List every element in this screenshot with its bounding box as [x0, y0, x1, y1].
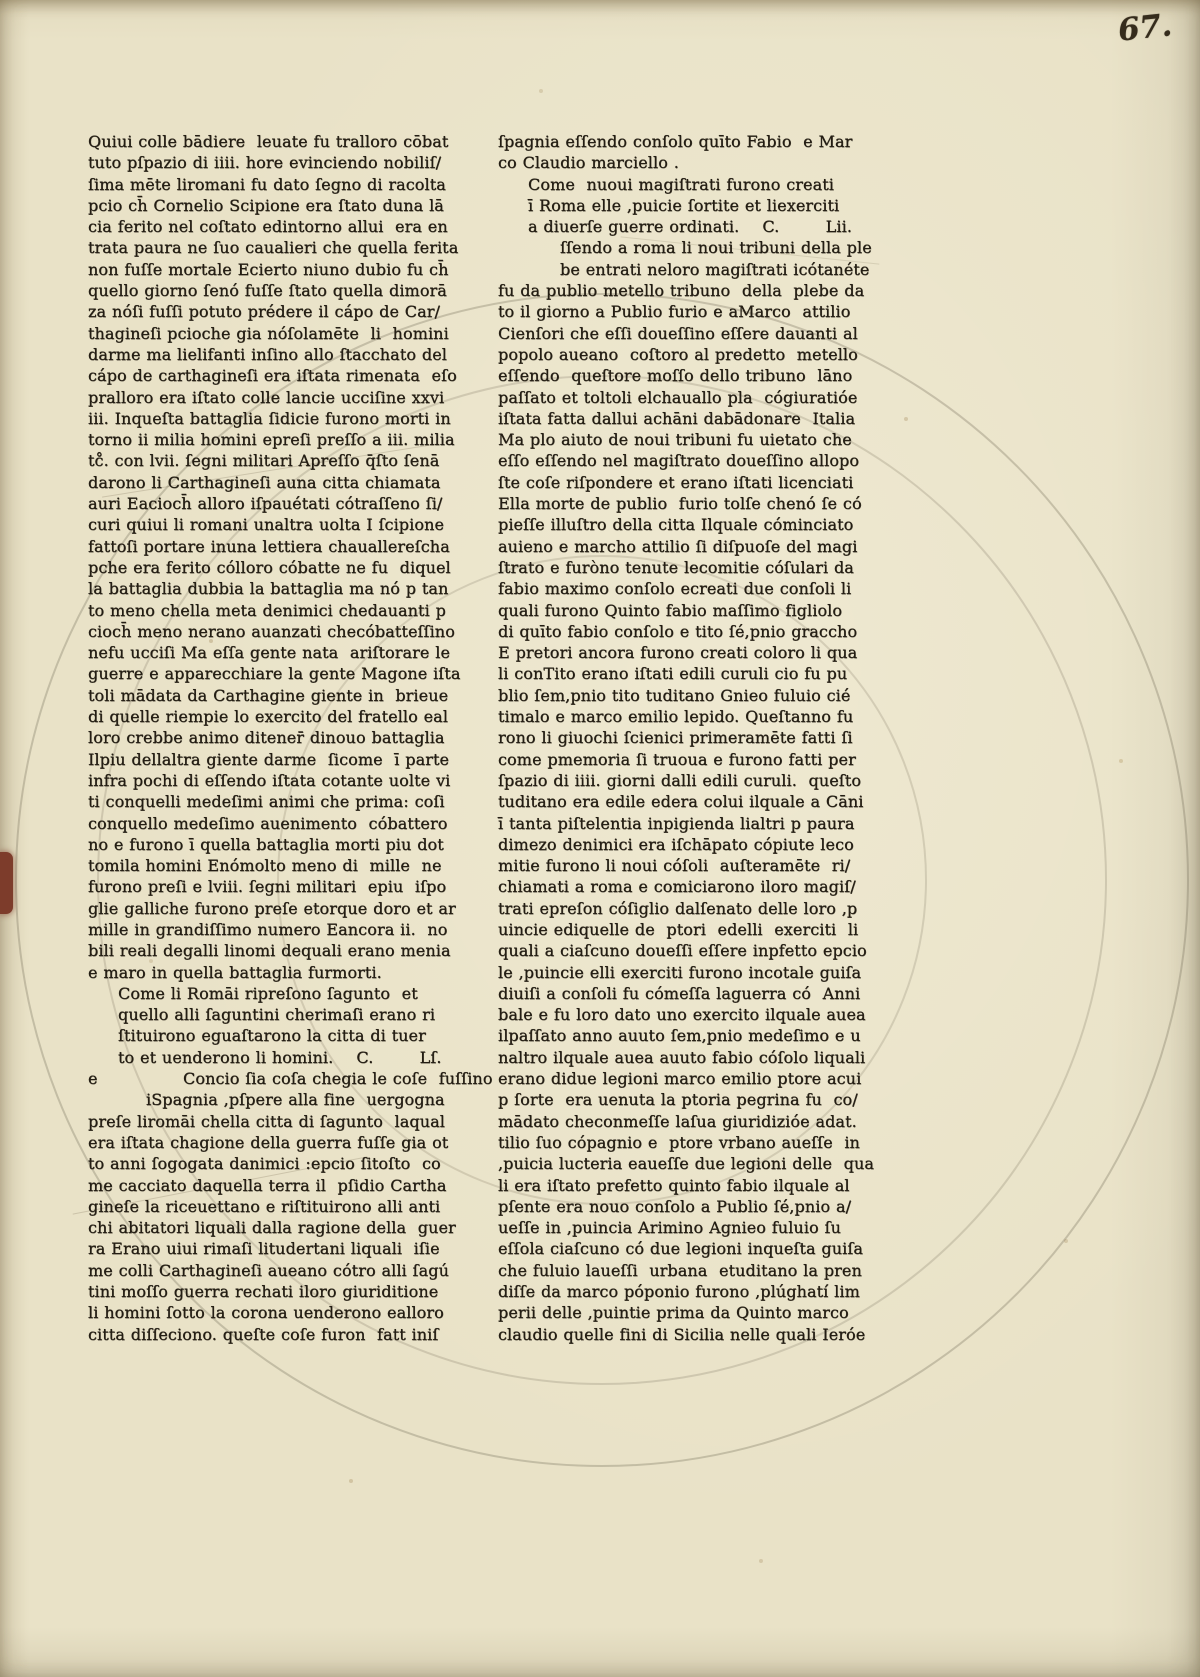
text-line: darme ma lielifanti inſino allo ſtacchat…	[88, 344, 460, 365]
text-line-content: curi quiui li romani unaltra uolta I ſci…	[88, 515, 444, 534]
text-line-content: ī Roma elle ,puicie ſortite et liexercit…	[528, 196, 839, 215]
text-line-content: ilpaſſato anno auuto ſem,pnio medeſimo e…	[498, 1026, 861, 1045]
text-line: che fuluio laueſſi urbana etuditano la p…	[498, 1260, 870, 1281]
text-line: no e furono ī quella battaglia morti piu…	[88, 834, 460, 855]
text-line: loro crebbe animo ditener̄ dinouo battag…	[88, 727, 460, 748]
text-line-content: Ma plo aiuto de noui tribuni fu uietato …	[498, 430, 852, 449]
text-line-content: bili reali degalli linomi dequali erano …	[88, 941, 451, 960]
text-line: ueſſe in ,puincia Arimino Agnieo fuluio …	[498, 1217, 870, 1238]
text-line-content: to anni ſogogata danimici :epcio ſitoſto…	[88, 1154, 441, 1173]
text-line: timalo e marco emilio lepido. Queſtanno …	[498, 706, 870, 727]
text-line-content: quali a ciaſcuno doueſſi eſſere inpfetto…	[498, 941, 867, 960]
text-line-content: che fuluio laueſſi urbana etuditano la p…	[498, 1261, 862, 1280]
text-line: curi quiui li romani unaltra uolta I ſci…	[88, 514, 460, 535]
text-line-content: trata paura ne ſuo caualieri che quella …	[88, 238, 458, 257]
text-line-content: ti conquelli medeſimi animi che prima: c…	[88, 792, 445, 811]
text-line-content: to et uenderono li homini. C. Lſ.	[118, 1048, 442, 1067]
text-line-content: fabio maximo conſolo ecreati due conſoli…	[498, 579, 851, 598]
paper-specks	[0, 0, 2, 2]
text-line: Come li Romāi ripreſono ſagunto et	[88, 983, 460, 1004]
text-line-content: preſe liromāi chella citta di ſagunto la…	[88, 1112, 445, 1131]
text-line: chiamati a roma e comiciarono iloro magi…	[498, 876, 870, 897]
text-line: to meno chella meta denimici chedauanti …	[88, 600, 460, 621]
text-line: mille in grandiſſimo numero Eancora ii. …	[88, 919, 460, 940]
text-line: conquello medeſimo auenimento cóbattero	[88, 813, 460, 834]
text-line: auri Eacioch̄ alloro iſpauétati cótraſſe…	[88, 493, 460, 514]
text-line: di quīto fabio conſolo e tito ſé,pnio gr…	[498, 621, 870, 642]
text-line: fu da publio metello tribuno della plebe…	[498, 280, 870, 301]
text-line-content: chiamati a roma e comiciarono iloro magi…	[498, 877, 856, 896]
text-line: trata paura ne ſuo caualieri che quella …	[88, 237, 460, 258]
text-line: diuiſi a conſoli fu cómeſſa laguerra có …	[498, 983, 870, 1004]
text-line-content: e maro in quella battaglia furmorti.	[88, 963, 382, 982]
text-line: erano didue legioni marco emilio ptore a…	[498, 1068, 870, 1089]
text-line-content: pralloro era iſtato colle lancie ucciſin…	[88, 388, 444, 407]
text-line: li conTito erano iſtati edili curuli cio…	[498, 663, 870, 684]
text-line: bale e fu loro dato uno exercito ilquale…	[498, 1004, 870, 1025]
text-line-content: ſpagnia eſſendo conſolo quīto Fabio e Ma…	[498, 132, 852, 151]
text-line-content: ī tanta piſtelentia inpigienda lialtri p…	[498, 814, 855, 833]
text-line: toli mādata da Carthagine giente in brie…	[88, 685, 460, 706]
text-line: a diuerſe guerre ordinati. C. Lii.	[498, 216, 870, 237]
text-line: cia ferito nel coſtato edintorno allui e…	[88, 216, 460, 237]
text-line-content: furono preſi e lviii. ſegni militari epi…	[88, 877, 446, 896]
text-line-content: mitie furono li noui cóſoli auſteramēte …	[498, 856, 850, 875]
text-line: li homini ſotto la corona uenderono eall…	[88, 1302, 460, 1323]
text-line: infra pochi di eſſendo iſtata cotante uo…	[88, 770, 460, 791]
text-line: pcio ch̄ Cornelio Scipione era ſtato dun…	[88, 195, 460, 216]
text-line-content: to meno chella meta denimici chedauanti …	[88, 601, 446, 620]
text-line: ra Erano uiui rimaſi litudertani liquali…	[88, 1238, 460, 1259]
text-line-content: quello giorno ſenó fuſſe ſtato quella di…	[88, 281, 447, 300]
text-line-content: tuto pſpazio di iiii. hore evinciendo no…	[88, 153, 441, 172]
text-line-content: me colli Carthagineſi aueano cótro alli …	[88, 1261, 449, 1280]
text-line-content: gineſe la riceuettano e riſtituirono all…	[88, 1197, 440, 1216]
text-line: Come nuoui magiſtrati furono creati	[498, 174, 870, 195]
text-line: trati epreſon cóſiglio dalſenato delle l…	[498, 898, 870, 919]
text-line-content: pche era ferito cólloro cóbatte ne fu di…	[88, 558, 451, 577]
text-line-content: pieſſe illuſtro della citta Ilquale cómi…	[498, 515, 853, 534]
text-line-content: Concio ſia coſa chegia le coſe fuſſino	[183, 1069, 493, 1088]
text-line-content: le ,puincie elli exerciti furono incotal…	[498, 963, 861, 982]
text-line-content: eſſola ciaſcuno có due legioni inqueſta …	[498, 1239, 863, 1258]
text-line-content: ſtrato e furòno tenute lecomitie cóſular…	[498, 558, 854, 577]
text-line: Quiui colle bādiere leuate fu tralloro c…	[88, 131, 460, 152]
incunabulum-page: 67. Quiui colle bādiere leuate fu trallo…	[0, 0, 1200, 1677]
text-line: mādato checonmeſſe laſua giuridizióe ada…	[498, 1111, 870, 1132]
text-line: rono li giuochi ſcienici primeramēte fat…	[498, 727, 870, 748]
text-line-content: glie galliche furono preſe etorque doro …	[88, 899, 456, 918]
text-line: la battaglia dubbia la battaglia ma nó p…	[88, 578, 460, 599]
text-line: Cienſori che eſſi doueſſino eſſere dauan…	[498, 323, 870, 344]
text-line: auieno e marcho attilio ſi diſpuoſe del …	[498, 536, 870, 557]
text-line: quali furono Quinto fabio maſſimo figlio…	[498, 600, 870, 621]
text-line: tini moſſo guerra rechati iloro giuridit…	[88, 1281, 460, 1302]
text-line-content: conquello medeſimo auenimento cóbattero	[88, 814, 447, 833]
text-line: me cacciato daquella terra il pſidio Car…	[88, 1175, 460, 1196]
text-line-content: quali furono Quinto fabio maſſimo figlio…	[498, 601, 842, 620]
text-line-content: tini moſſo guerra rechati iloro giuridit…	[88, 1282, 438, 1301]
text-line-content: diſſe da marco póponio furono ,plúghatí …	[498, 1282, 860, 1301]
text-line: li era iſtato prefetto quinto fabio ilqu…	[498, 1175, 870, 1196]
text-line: di quelle riempie lo exercito del fratel…	[88, 706, 460, 727]
text-line-content: infra pochi di eſſendo iſtata cotante uo…	[88, 771, 450, 790]
text-line: ī tanta piſtelentia inpigienda lialtri p…	[498, 813, 870, 834]
text-line-content: loro crebbe animo ditener̄ dinouo battag…	[88, 728, 445, 747]
text-line-content: darme ma lielifanti inſino allo ſtacchat…	[88, 345, 447, 364]
text-line-content: tc̊. con lvii. ſegni militari Apreſſo q̄…	[88, 451, 439, 470]
text-line: E pretori ancora furono creati coloro li…	[498, 642, 870, 663]
text-line-content: cia ferito nel coſtato edintorno allui e…	[88, 217, 448, 236]
text-line-content: di quīto fabio conſolo e tito ſé,pnio gr…	[498, 622, 857, 641]
text-line-content: me cacciato daquella terra il pſidio Car…	[88, 1176, 447, 1195]
text-line-content: ſpazio di iiii. giorni dalli edili curul…	[498, 771, 861, 790]
text-line-content: cioch̄ meno nerano auanzati checóbatteſſ…	[88, 622, 455, 641]
text-line-content: toli mādata da Carthagine giente in brie…	[88, 686, 448, 705]
text-line-content: come pmemoria ſi truoua e furono fatti p…	[498, 750, 856, 769]
text-line-content: darono li Carthagineſi auna citta chiama…	[88, 473, 441, 492]
text-line-content: fu da publio metello tribuno della plebe…	[498, 281, 864, 300]
text-line-content: Quiui colle bādiere leuate fu tralloro c…	[88, 132, 448, 151]
text-line-content: Ella morte de publio furio tolſe chenó ſ…	[498, 494, 862, 513]
text-line-content: mādato checonmeſſe laſua giuridizióe ada…	[498, 1112, 857, 1131]
text-line: ſtrato e furòno tenute lecomitie cóſular…	[498, 557, 870, 578]
text-line: ſpagnia eſſendo conſolo quīto Fabio e Ma…	[498, 131, 870, 152]
text-line: quali a ciaſcuno doueſſi eſſere inpfetto…	[498, 940, 870, 961]
text-line: tilio ſuo cópagnio e ptore vrbano aueſſe…	[498, 1132, 870, 1153]
text-line-content: Cienſori che eſſi doueſſino eſſere dauan…	[498, 324, 858, 343]
text-line: era iſtata chagione della guerra fuſſe g…	[88, 1132, 460, 1153]
folio-number: 67.	[1116, 7, 1173, 48]
text-line-content: popolo aueano coſtoro al predetto metell…	[498, 345, 858, 364]
text-line-content: trati epreſon cóſiglio dalſenato delle l…	[498, 899, 857, 918]
text-line: be entrati neloro magiſtrati icótanéte	[498, 259, 870, 280]
text-line-content: li era iſtato prefetto quinto fabio ilqu…	[498, 1176, 850, 1195]
text-line: e maro in quella battaglia furmorti.	[88, 962, 460, 983]
text-line: ſſendo a roma li noui tribuni della ple	[498, 237, 870, 258]
text-line: gineſe la riceuettano e riſtituirono all…	[88, 1196, 460, 1217]
text-line: co Claudio marciello .	[498, 152, 870, 173]
text-line-content: p ſorte era uenuta la ptoria pegrina fu …	[498, 1090, 858, 1109]
text-line-content: Come li Romāi ripreſono ſagunto et	[118, 984, 418, 1003]
text-line-content: perii delle ,puintie prima da Quinto mar…	[498, 1303, 849, 1322]
text-line-content: diuiſi a conſoli fu cómeſſa laguerra có …	[498, 984, 860, 1003]
text-line: glie galliche furono preſe etorque doro …	[88, 898, 460, 919]
text-line-content: tilio ſuo cópagnio e ptore vrbano aueſſe…	[498, 1133, 860, 1152]
text-line: paſſato et toltoli elchauallo pla cógiur…	[498, 387, 870, 408]
text-line: fattoſi portare inuna lettiera chaualler…	[88, 536, 460, 557]
text-line-content: auieno e marcho attilio ſi diſpuoſe del …	[498, 537, 857, 556]
text-line: ti conquelli medeſimi animi che prima: c…	[88, 791, 460, 812]
text-line: to il giorno a Publio furio e aMarco att…	[498, 301, 870, 322]
text-line: cioch̄ meno nerano auanzati checóbatteſſ…	[88, 621, 460, 642]
text-line-content: a diuerſe guerre ordinati. C. Lii.	[528, 217, 852, 236]
text-line: guerre e apparecchiare la gente Magone i…	[88, 663, 460, 684]
text-line: pieſſe illuſtro della citta Ilquale cómi…	[498, 514, 870, 535]
text-line: tc̊. con lvii. ſegni militari Apreſſo q̄…	[88, 450, 460, 471]
text-line-content: citta diſſeciono. queſte coſe furon fatt…	[88, 1325, 438, 1344]
text-line: iSpagnia ,pſpere alla fine uergogna	[88, 1089, 460, 1110]
text-line-content: Come nuoui magiſtrati furono creati	[528, 175, 834, 194]
text-line: fabio maximo conſolo ecreati due conſoli…	[498, 578, 870, 599]
text-line: cápo de carthagineſi era iſtata rimenata…	[88, 365, 460, 386]
text-line-content: ſſendo a roma li noui tribuni della ple	[560, 238, 872, 257]
text-line-content: naltro ilquale auea auuto fabio cóſolo l…	[498, 1048, 865, 1067]
text-line: Ilpiu dellaltra giente darme ſicome ī pa…	[88, 749, 460, 770]
text-line: me colli Carthagineſi aueano cótro alli …	[88, 1260, 460, 1281]
text-line-content: bale e fu loro dato uno exercito ilquale…	[498, 1005, 866, 1024]
text-line: tuditano era edile edera colui ilquale a…	[498, 791, 870, 812]
text-line-content: li homini ſotto la corona uenderono eall…	[88, 1303, 444, 1322]
text-line: quello giorno ſenó fuſſe ſtato quella di…	[88, 280, 460, 301]
text-line-content: di quelle riempie lo exercito del fratel…	[88, 707, 448, 726]
text-line-content: guerre e apparecchiare la gente Magone i…	[88, 664, 461, 683]
text-line: to et uenderono li homini. C. Lſ.	[88, 1047, 460, 1068]
text-line-content: paſſato et toltoli elchauallo pla cógiur…	[498, 388, 857, 407]
text-line: uincie ediquelle de ptori edelli exercit…	[498, 919, 870, 940]
text-line: pſente era nouo conſolo a Publio ſé,pnio…	[498, 1196, 870, 1217]
text-line-content: tomila homini Enómolto meno di mille ne	[88, 856, 442, 875]
text-line: ilpaſſato anno auuto ſem,pnio medeſimo e…	[498, 1025, 870, 1046]
text-line: blio ſem,pnio tito tuditano Gnieo fuluio…	[498, 685, 870, 706]
text-line: diſſe da marco póponio furono ,plúghatí …	[498, 1281, 870, 1302]
text-line-content: torno ii milia homini epreſi preſſo a ii…	[88, 430, 455, 449]
text-line: perii delle ,puintie prima da Quinto mar…	[498, 1302, 870, 1323]
text-line: darono li Carthagineſi auna citta chiama…	[88, 472, 460, 493]
text-line: eſſendo queſtore moſſo dello tribuno lān…	[498, 365, 870, 386]
text-line-content: co Claudio marciello .	[498, 153, 679, 172]
text-line: iii. Inqueſta battaglia ſidicie furono m…	[88, 408, 460, 429]
text-line-content: dimezo denimici era iſchāpato cópiute le…	[498, 835, 854, 854]
text-line-content: iſtata fatta dallui achāni dabādonare It…	[498, 409, 855, 428]
text-line-content: la battaglia dubbia la battaglia ma nó p…	[88, 579, 448, 598]
text-line: eſſola ciaſcuno có due legioni inqueſta …	[498, 1238, 870, 1259]
text-line-content: timalo e marco emilio lepido. Queſtanno …	[498, 707, 853, 726]
text-line: nefu ucciſi Ma eſſa gente nata ariſtorar…	[88, 642, 460, 663]
text-line: non fuſſe mortale Ecierto niuno dubio fu…	[88, 259, 460, 280]
text-line-content: non fuſſe mortale Ecierto niuno dubio fu…	[88, 260, 449, 279]
text-line: ſima mēte liromani fu dato ſegno di raco…	[88, 174, 460, 195]
text-line: ſte coſe riſpondere et erano iſtati lice…	[498, 472, 870, 493]
text-line: torno ii milia homini epreſi preſſo a ii…	[88, 429, 460, 450]
binding-edge-mark	[0, 852, 13, 914]
text-line: furono preſi e lviii. ſegni militari epi…	[88, 876, 460, 897]
text-line: dimezo denimici era iſchāpato cópiute le…	[498, 834, 870, 855]
text-line: ſpazio di iiii. giorni dalli edili curul…	[498, 770, 870, 791]
text-line: za nóſi fuſſi potuto prédere il cápo de …	[88, 301, 460, 322]
text-line: popolo aueano coſtoro al predetto metell…	[498, 344, 870, 365]
text-line-content: no e furono ī quella battaglia morti piu…	[88, 835, 444, 854]
text-line: iſtata fatta dallui achāni dabādonare It…	[498, 408, 870, 429]
text-line: Ma plo aiuto de noui tribuni fu uietato …	[498, 429, 870, 450]
guide-letter: e	[88, 1068, 98, 1089]
text-line: chi abitatori liquali dalla ragione dell…	[88, 1217, 460, 1238]
text-line-content: ,puicia lucteria eaueſſe due legioni del…	[498, 1154, 874, 1173]
text-line-content: E pretori ancora furono creati coloro li…	[498, 643, 857, 662]
text-line-content: ueſſe in ,puincia Arimino Agnieo fuluio …	[498, 1218, 841, 1237]
text-line-content: be entrati neloro magiſtrati icótanéte	[560, 260, 870, 279]
text-line: to anni ſogogata danimici :epcio ſitoſto…	[88, 1153, 460, 1174]
text-line-content: uincie ediquelle de ptori edelli exercit…	[498, 920, 858, 939]
text-line-content: iSpagnia ,pſpere alla fine uergogna	[146, 1090, 445, 1109]
text-line: p ſorte era uenuta la ptoria pegrina fu …	[498, 1089, 870, 1110]
text-line-content: thagineſi pcioche gia nóſolamēte li homi…	[88, 324, 449, 343]
text-line-content: erano didue legioni marco emilio ptore a…	[498, 1069, 861, 1088]
text-line-content: cápo de carthagineſi era iſtata rimenata…	[88, 366, 457, 385]
text-line: ſtituirono eguaſtarono la citta di tuer	[88, 1025, 460, 1046]
text-line: naltro ilquale auea auuto fabio cóſolo l…	[498, 1047, 870, 1068]
text-line-content: era iſtata chagione della guerra fuſſe g…	[88, 1133, 448, 1152]
text-line-content: za nóſi fuſſi potuto prédere il cápo de …	[88, 302, 440, 321]
text-line-content: Ilpiu dellaltra giente darme ſicome ī pa…	[88, 750, 449, 769]
text-line: bili reali degalli linomi dequali erano …	[88, 940, 460, 961]
text-line: tomila homini Enómolto meno di mille ne	[88, 855, 460, 876]
text-line: mitie furono li noui cóſoli auſteramēte …	[498, 855, 870, 876]
text-line-content: quello alli ſaguntini cherimaſi erano ri	[118, 1005, 435, 1024]
text-line: thagineſi pcioche gia nóſolamēte li homi…	[88, 323, 460, 344]
text-line-content: tuditano era edile edera colui ilquale a…	[498, 792, 864, 811]
text-line-content: ſte coſe riſpondere et erano iſtati lice…	[498, 473, 853, 492]
text-line: quello alli ſaguntini cherimaſi erano ri	[88, 1004, 460, 1025]
text-column-right: ſpagnia eſſendo conſolo quīto Fabio e Ma…	[498, 131, 870, 1345]
text-line-content: to il giorno a Publio furio e aMarco att…	[498, 302, 850, 321]
text-line-content: li conTito erano iſtati edili curuli cio…	[498, 664, 847, 683]
text-line-content: auri Eacioch̄ alloro iſpauétati cótraſſe…	[88, 494, 442, 513]
text-line-content: nefu ucciſi Ma eſſa gente nata ariſtorar…	[88, 643, 450, 662]
text-line-content: rono li giuochi ſcienici primeramēte fat…	[498, 728, 853, 747]
text-line-content: iii. Inqueſta battaglia ſidicie furono m…	[88, 409, 451, 428]
text-line: eConcio ſia coſa chegia le coſe fuſſino	[88, 1068, 460, 1089]
text-line: claudio quelle fini di Sicilia nelle qua…	[498, 1324, 870, 1345]
text-line-content: pſente era nouo conſolo a Publio ſé,pnio…	[498, 1197, 851, 1216]
text-line-content: claudio quelle fini di Sicilia nelle qua…	[498, 1325, 865, 1344]
text-line-content: ra Erano uiui rimaſi litudertani liquali…	[88, 1239, 440, 1258]
text-line-content: ſtituirono eguaſtarono la citta di tuer	[118, 1026, 426, 1045]
text-line: citta diſſeciono. queſte coſe furon fatt…	[88, 1324, 460, 1345]
text-line: pche era ferito cólloro cóbatte ne fu di…	[88, 557, 460, 578]
text-line-content: eſſendo queſtore moſſo dello tribuno lān…	[498, 366, 852, 385]
text-line-content: blio ſem,pnio tito tuditano Gnieo fuluio…	[498, 686, 850, 705]
text-line-content: ſima mēte liromani fu dato ſegno di raco…	[88, 175, 446, 194]
text-line: tuto pſpazio di iiii. hore evinciendo no…	[88, 152, 460, 173]
text-line: ,puicia lucteria eaueſſe due legioni del…	[498, 1153, 870, 1174]
text-line-content: chi abitatori liquali dalla ragione dell…	[88, 1218, 456, 1237]
text-line: preſe liromāi chella citta di ſagunto la…	[88, 1111, 460, 1132]
text-line: eſſo eſſendo nel magiſtrato doueſſino al…	[498, 450, 870, 471]
text-line: pralloro era iſtato colle lancie ucciſin…	[88, 387, 460, 408]
text-line-content: fattoſi portare inuna lettiera chaualler…	[88, 537, 450, 556]
text-line: ī Roma elle ,puicie ſortite et liexercit…	[498, 195, 870, 216]
text-line-content: eſſo eſſendo nel magiſtrato doueſſino al…	[498, 451, 859, 470]
text-line: le ,puincie elli exerciti furono incotal…	[498, 962, 870, 983]
text-line-content: pcio ch̄ Cornelio Scipione era ſtato dun…	[88, 196, 444, 215]
text-line: Ella morte de publio furio tolſe chenó ſ…	[498, 493, 870, 514]
text-column-left: Quiui colle bādiere leuate fu tralloro c…	[88, 131, 460, 1345]
text-line-content: mille in grandiſſimo numero Eancora ii. …	[88, 920, 447, 939]
text-line: come pmemoria ſi truoua e furono fatti p…	[498, 749, 870, 770]
